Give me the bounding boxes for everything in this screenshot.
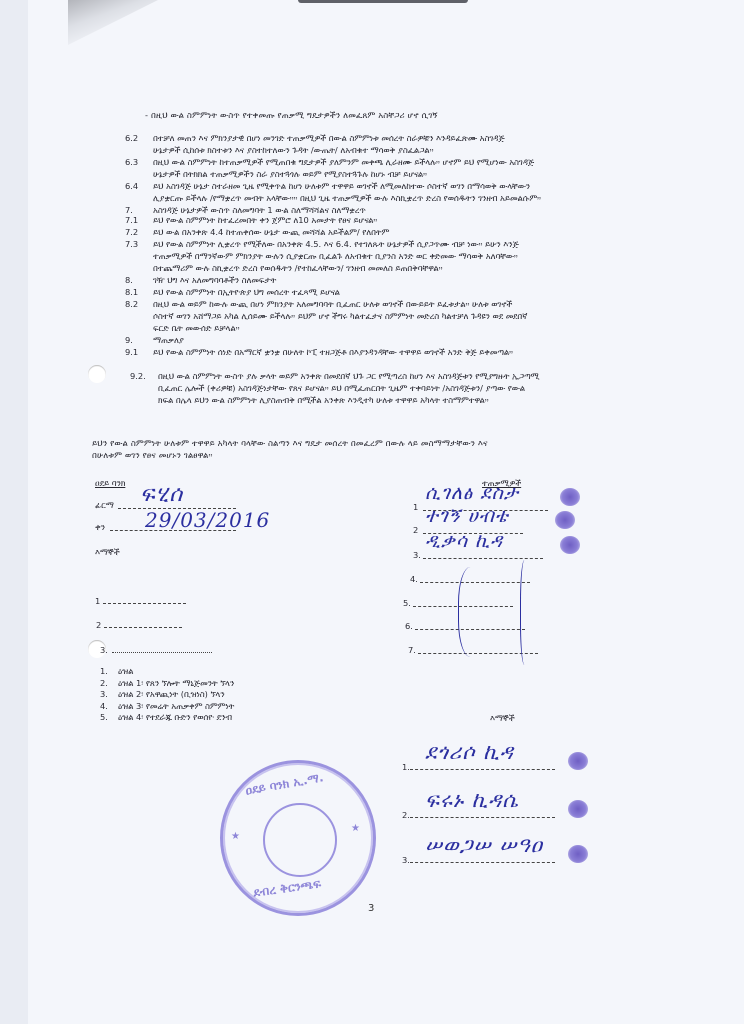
thumbprint [568,752,588,770]
beneficiary-slot-number: 6. [405,621,413,631]
date-label: ቀን [95,522,105,533]
clause-line: በዚህ ውል ወይም ከውሉ ውጪ በሆነ ምክንያት አለመግባባት ቢፈጠር… [153,299,527,311]
clause-number: 7.3 [125,239,153,251]
beneficiary-slot-number: 2 [413,525,418,535]
clause-line: በተቻለ መጠን እና ምክንያታዊ በሆነ መንገድ ተጠቃሚዎች በውል ስ… [153,133,505,145]
witness-slot-number: 1. [402,762,410,772]
attachment-item: ዕዝል 2፡ የአዋጪነት (ቢዝነስ) ኘላን [118,689,225,700]
witnesses-heading: እማኞች [490,713,515,724]
stamp-bottom-text: ደብረ ቅርንጫፍ [252,876,322,900]
stamp-star-icon: ★ [231,831,240,842]
clause-line: ተጠቃሚዎች በማንኛውም ምክንያት ውሉን ሲያቋርጡ ቢፈልጉ ለአብቁተ… [153,251,519,263]
closing-statement-line-1: ይህን የውል ስምምነት ሁለቱም ተዋዋይ አካላት ባላቸው ስልጣን እ… [92,438,488,450]
clause-number: 8. [125,275,153,287]
strike-through-scribble [458,567,489,657]
strike-through-scribble [520,560,531,665]
beneficiary-slot-number: 1 [413,502,418,512]
clause-body: ይህ የውል ስምምነት ከተፈረመበት ቀን ጀምሮ ለ10 አመታት የፀና… [153,215,377,227]
bank-signature: ፍሂሰ [140,482,183,507]
attachment-number: 4. [100,701,108,711]
beneficiary-signature: ሲገለፅ ደስታ [425,482,519,504]
clause-line: ፍርድ ቤት መውሰድ ይቻላል። [153,323,527,335]
clause-number: 8.2 [125,299,153,311]
clause-line: ሁኔታዎች በትክክል ተጠቃሚዎችን ስራ ያስተጓጎሉ ወይም የሚያስተጓ… [153,169,534,181]
witness-signature-line [410,817,555,818]
clause-body: በዚህ ውል ወይም ከውሉ ውጪ በሆነ ምክንያት አለመግባባት ቢፈጠር… [153,299,527,334]
attachment-number: 3. [100,689,108,699]
stamp-star-icon: ★ [351,823,360,834]
bank-witnesses-heading: እማኞች [95,547,120,558]
clause-body: በዚህ ውል ስምምነት ከተጠቃሚዎች የሚጠበቁ ግዴታዎች ያለምንም መ… [153,157,534,181]
bank-witness-line-1 [103,603,186,604]
intro-bullet: - በዚህ ውል ስምምነት ውስጥ የተቀመጡ የጠቃሚ ግዴታዎችን ለመፈ… [145,110,438,122]
clause-body: ገዥ ህግ እና አለመግባባቶችን ስለመፍታት [153,275,276,287]
thumbprint [568,845,588,863]
thumbprint [560,488,580,506]
clause-line: ሶስተኛ ወገን አሸማጋይ አካል ሊሰይሙ ይችላሉ። ይህም ሆኖ ችግሩ… [153,311,527,323]
date-value: 29/03/2016 [145,508,270,532]
beneficiary-slot-number: 7. [408,645,416,655]
clause-number: 6.3 [125,157,153,169]
clause-body: በተቻለ መጠን እና ምክንያታዊ በሆነ መንገድ ተጠቃሚዎች በውል ስ… [153,133,505,157]
clause-line: ይህ አስገዳጅ ሁኔታ ስተራዘመ ጊዜ የሚቀጥል ከሆነ ሁለቱም ተዋዋ… [153,181,541,193]
beneficiary-slot-number: 3. [413,550,421,560]
attachment-number: 5. [100,712,108,722]
thumbprint [555,511,575,529]
clause-number: 7.1 [125,215,153,227]
clause-number: 6.2 [125,133,153,145]
scan-edge-shadow [298,0,468,3]
bank-witness-slot-3: 3. [100,645,108,655]
witness-signature-line [410,862,555,863]
clause-line: በዚህ ውል ስምምነት ውስጥ ያሉ ቃላት ወይም አንቀጽ በመደበኛ ህ… [158,371,539,383]
bank-witness-slot-2: 2 [96,620,101,630]
clause-line: ይህ የውል ስምምነት በኢትዮጵያ ህግ መሰረት ተፈጻሚ ይሆናል [153,287,340,299]
attachment-item: ዕዝል 4፡ የተደራጁ ቡድን የወሰዮ ደንብ [118,712,232,723]
clause-line: በዚህ ውል ስምምነት ከተጠቃሚዎች የሚጠበቁ ግዴታዎች ያለምንም መ… [153,157,534,169]
official-stamp: ዐደይ ባንክ ኢ.ማ. ደብረ ቅርንጫፍ ★ ★ [220,760,376,916]
attachment-number: 1. [100,666,108,676]
clause-body: ይህ የውል ስምምነት በኢትዮጵያ ህግ መሰረት ተፈጻሚ ይሆናል [153,287,340,299]
clause-line: ይህ ውል በአንቀጽ 4.4 ከተጠቀሰው ሁኔታ ውጪ መሻሻል አይችልም… [153,227,389,239]
clause-line: ገዥ ህግ እና አለመግባባቶችን ስለመፍታት [153,275,276,287]
clause-number: 7.2 [125,227,153,239]
signature-label: ፊርማ [95,500,114,511]
bank-witness-line-3 [112,652,212,653]
thumbprint [560,536,580,554]
clause-line: ማጠቃለያ [153,335,184,347]
attachment-item: ዕዝል 1፡ የጸን ኘሎት ማኒጅመንት ኘላን [118,678,234,689]
bank-witness-slot-1: 1 [95,596,100,606]
witness-slot-number: 2. [402,810,410,820]
stamp-top-text: ዐደይ ባንክ ኢ.ማ. [244,770,324,798]
clause-body: ይህ ውል በአንቀጽ 4.4 ከተጠቀሰው ሁኔታ ውጪ መሻሻል አይችልም… [153,227,389,239]
clause-body: በዚህ ውል ስምምነት ውስጥ ያሉ ቃላት ወይም አንቀጽ በመደበኛ ህ… [158,371,539,406]
clause-line: ይህ የውል ስምምነት ሰነድ በአማርኛ ቋንቋ በሁለት ኮፒ ተዘጋጅቶ… [153,347,513,359]
clause-number: 9. [125,335,153,347]
page-number: 3 [368,903,374,914]
witness-signature: ደጎሪሶ ኪዳ [425,740,514,765]
witness-signature: ፍሩኑ ኪዳሴ [425,788,519,813]
clause-body: ማጠቃለያ [153,335,184,347]
punch-hole [88,365,106,383]
stamp-emblem [263,803,337,877]
clause-line: ይህ የውል ስምምነት ሊቋረጥ የሚችለው በአንቀጽ 4.5. እና 6.… [153,239,519,251]
clause-number: 6.4 [125,181,153,193]
attachment-number: 2. [100,678,108,688]
beneficiary-slot-number: 5. [403,598,411,608]
beneficiary-signature: ዲቃሳ ኪዳ [425,530,503,552]
clause-body: ይህ አስገዳጅ ሁኔታ ስተራዘመ ጊዜ የሚቀጥል ከሆነ ሁለቱም ተዋዋ… [153,181,541,205]
witness-slot-number: 3. [402,855,410,865]
clause-line: በተጨማሪም ውሉ ስኪቋረጥ ድረስ የወሰዱትን /የተከፈላቸውን/ ገን… [153,263,519,275]
clause-line: ቢፈጠር ሌሎች (ቀሪዎቹ) አስገዳጅነታቸው የጸና ይሆናል። ይህ በ… [158,383,539,395]
clause-number: 9.1 [125,347,153,359]
beneficiary-signature-line [423,558,543,559]
clause-line: ክፍል በሌላ ይህን ውል ስምምነት ሊያስጠብቅ በሚችል አንቀጽ እን… [158,395,539,407]
clause-number: 9.2. [130,371,158,383]
witness-signature-line [410,769,555,770]
page-fold-corner [68,0,158,45]
clause-line: ይህ የውል ስምምነት ከተፈረመበት ቀን ጀምሮ ለ10 አመታት የፀና… [153,215,377,227]
bank-heading: ዐደይ ባንክ [95,478,125,489]
clause-body: ይህ የውል ስምምነት ሰነድ በአማርኛ ቋንቋ በሁለት ኮፒ ተዘጋጅቶ… [153,347,513,359]
clause-number: 8.1 [125,287,153,299]
clause-line: ሁኔታዎች ሲከሰቱ ክስተቱን እና ያስተከተለውን ጉዳት /ውጤት/ ለ… [153,145,505,157]
attachment-item: ዕዝል [118,666,133,677]
beneficiary-signature: ተገኝ ሀብቴ [425,505,509,527]
beneficiary-slot-number: 4. [410,574,418,584]
attachment-item: ዕዝል 3፡ የመሬት አጠቃቀም ስምምነት [118,701,234,712]
clause-line: ሊያቋርጡ ይችላሉ /የማቋረጥ መብት አላቸው።። በዚህ ጊዜ ተጠቃሚ… [153,193,541,205]
bank-witness-line-2 [104,627,182,628]
clause-body: ይህ የውል ስምምነት ሊቋረጥ የሚችለው በአንቀጽ 4.5. እና 6.… [153,239,519,274]
closing-statement-line-2: በሁለቱም ወገን የፀና መሆኑን ገልፀዋል። [92,450,213,462]
witness-signature: ሠወጋሠ ሠዓዐ [425,833,543,858]
thumbprint [568,800,588,818]
